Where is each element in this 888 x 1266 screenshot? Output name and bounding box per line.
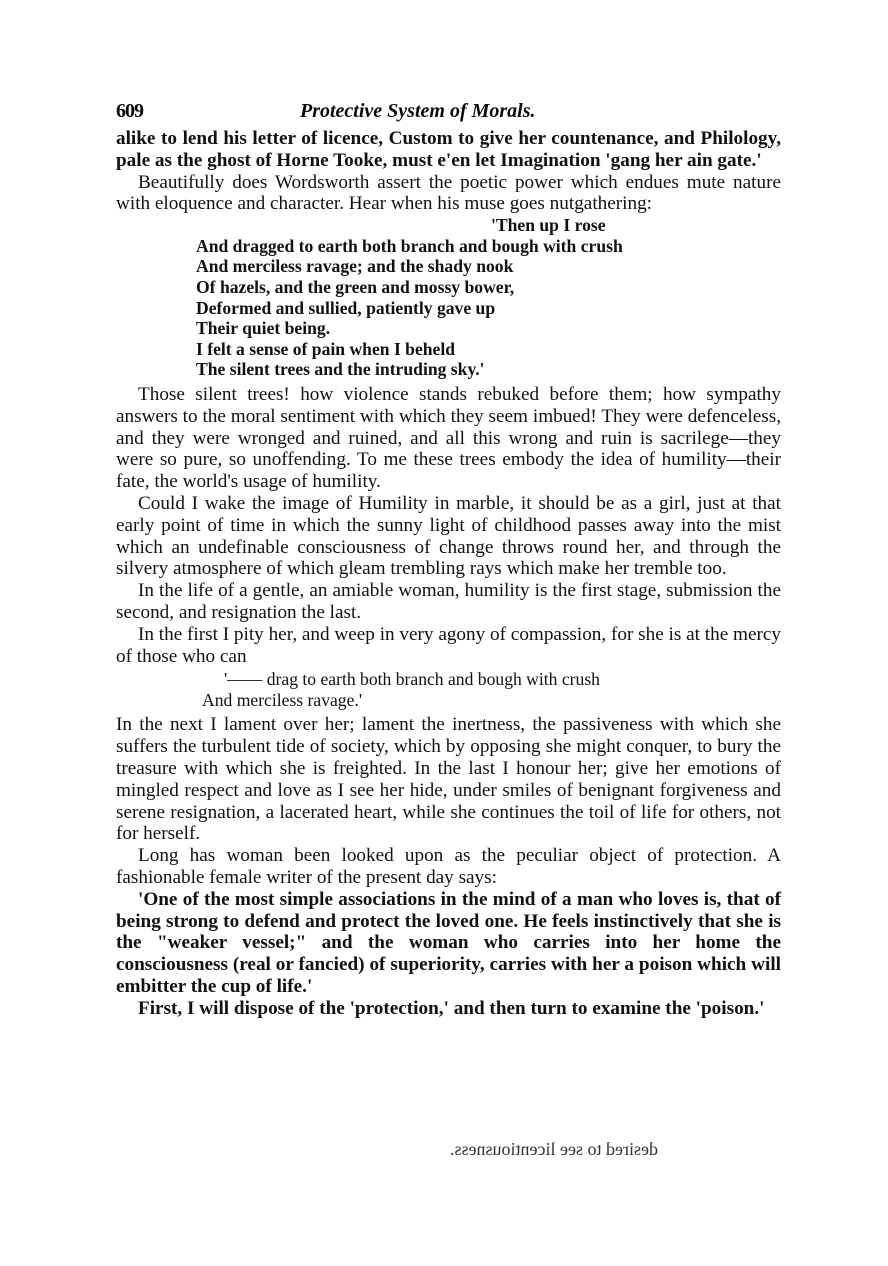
- verse-line: '—— drag to earth both branch and bough …: [116, 669, 781, 690]
- running-title: Protective System of Morals.: [300, 100, 536, 123]
- verse-line: And merciless ravage; and the shady nook: [116, 256, 781, 277]
- page-number: 609: [116, 100, 143, 123]
- verse-quote-repeat: '—— drag to earth both branch and bough …: [116, 669, 781, 710]
- paragraph-quotation: 'One of the most simple associations in …: [116, 889, 781, 998]
- page-header: 609 Protective System of Morals.: [116, 100, 781, 128]
- verse-line: I felt a sense of pain when I beheld: [116, 339, 781, 360]
- verse-line: Of hazels, and the green and mossy bower…: [116, 277, 781, 298]
- verse-line: Their quiet being.: [116, 318, 781, 339]
- paragraph-silent-trees: Those silent trees! how violence stands …: [116, 384, 781, 493]
- paragraph-continuation: alike to lend his letter of licence, Cus…: [116, 128, 781, 172]
- page-body: alike to lend his letter of licence, Cus…: [116, 128, 781, 1020]
- paragraph-protection: Long has woman been looked upon as the p…: [116, 845, 781, 889]
- book-page: 609 Protective System of Morals. alike t…: [116, 100, 781, 1020]
- paragraph-pity: In the first I pity her, and weep in ver…: [116, 624, 781, 668]
- verse-line: And merciless ravage.': [116, 690, 781, 711]
- paragraph-wordsworth-intro: Beautifully does Wordsworth assert the p…: [116, 172, 781, 216]
- paragraph-lament: In the next I lament over her; lament th…: [116, 714, 781, 845]
- verse-line: Deformed and sullied, patiently gave up: [116, 298, 781, 319]
- verse-line: And dragged to earth both branch and bou…: [116, 236, 781, 257]
- verse-quote-nutting: 'Then up I rose And dragged to earth bot…: [116, 215, 781, 380]
- bleed-through-text: desired to see licentiousness.: [450, 1139, 658, 1160]
- paragraph-gentle-woman: In the life of a gentle, an amiable woma…: [116, 580, 781, 624]
- verse-line: The silent trees and the intruding sky.': [116, 359, 781, 380]
- verse-line: 'Then up I rose: [116, 215, 781, 236]
- paragraph-humility-marble: Could I wake the image of Humility in ma…: [116, 493, 781, 580]
- paragraph-dispose: First, I will dispose of the 'protection…: [116, 998, 781, 1020]
